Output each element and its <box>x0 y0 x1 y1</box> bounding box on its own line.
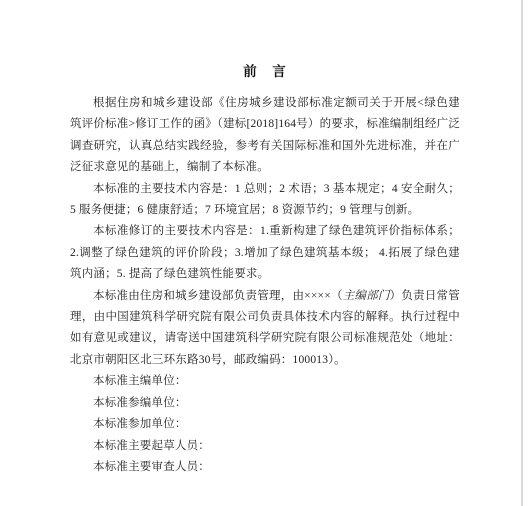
list-item-co-editing-unit: 本标准参编单位： <box>70 393 460 414</box>
list-item-main-reviewers: 本标准主要审查人员： <box>70 457 460 478</box>
list-item-main-drafters: 本标准主要起草人员： <box>70 436 460 457</box>
list-item-chief-editing-unit: 本标准主编单位： <box>70 371 460 392</box>
paragraph-management: 本标准由住房和城乡建设部负责管理，由××××（主编部门）负责日常管理，由中国建筑… <box>70 286 460 372</box>
management-dept-italic: 主编部门 <box>343 290 390 302</box>
page-content: 前 言 根据住房和城乡建设部《住房城乡建设部标准定额司关于开展<绿色建筑评价标准… <box>70 61 460 478</box>
list-item-participating-unit: 本标准参加单位： <box>70 414 460 435</box>
paragraph-basis: 根据住房和城乡建设部《住房城乡建设部标准定额司关于开展<绿色建筑评价标准>修订工… <box>70 93 460 179</box>
paragraph-technical-contents: 本标准的主要技术内容是：1 总则；2 术语；3 基本规定；4 安全耐久；5 服务… <box>70 179 460 222</box>
management-text-start: 本标准由住房和城乡建设部负责管理，由××××（ <box>93 290 343 302</box>
document-page: 前 言 根据住房和城乡建设部《住房城乡建设部标准定额司关于开展<绿色建筑评价标准… <box>0 0 530 506</box>
paragraph-revision-contents: 本标准修订的主要技术内容是：1.重新构建了绿色建筑评价指标体系；2.调整了绿色建… <box>70 221 460 285</box>
page-title: 前 言 <box>70 61 460 82</box>
page-edge-line <box>521 0 523 506</box>
